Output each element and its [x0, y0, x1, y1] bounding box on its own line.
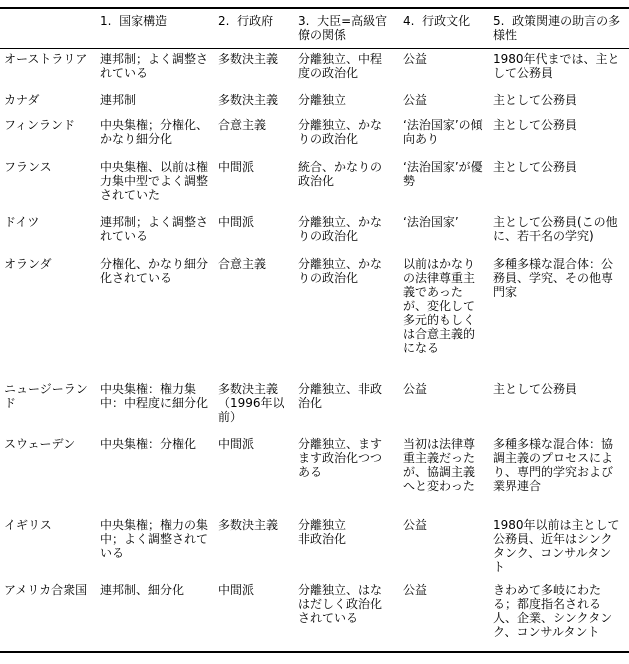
cell-country: カナダ	[0, 90, 96, 115]
cell-policy-advice-diversity: 多種多様な混合体：協調主義のプロセスにより、専門的学究および業界連合	[489, 434, 629, 515]
table-row: フィンランド 中央集権；分権化、かなり細分化 合意主義 分離独立、かなりの政治化…	[0, 115, 629, 157]
cell-state-structure: 中央集権：分権化	[96, 434, 214, 515]
cell-state-structure: 連邦制；よく調整されている	[96, 49, 214, 90]
cell-country: ニュージーランド	[0, 379, 96, 434]
cell-country: オーストラリア	[0, 49, 96, 90]
table-row: ドイツ 連邦制；よく調整されている 中間派 分離独立、かなりの政治化 ‘法治国家…	[0, 212, 629, 254]
header-row: 1. 国家構造 2. 行政府 3. 大臣=高級官僚の関係 4. 行政文化 5. …	[0, 8, 629, 49]
cell-administrative-culture: 以前はかなりの法律尊重主義であったが、変化して多元的もしくは合意主義的になる	[399, 254, 489, 379]
cell-executive: 多数決主義	[214, 90, 294, 115]
cell-policy-advice-diversity: 1980年以前は主として公務員、近年はシンクタンク、コンサルタント	[489, 515, 629, 580]
cell-policy-advice-diversity: 主として公務員	[489, 115, 629, 157]
cell-administrative-culture: 公益	[399, 515, 489, 580]
cell-executive: 合意主義	[214, 115, 294, 157]
cell-administrative-culture: 当初は法律尊重主義だったが、協調主義へと変わった	[399, 434, 489, 515]
cell-minister-mandarin-relations: 分離独立、はなはだしく政治化されている	[294, 580, 399, 652]
cell-minister-mandarin-relations: 分離独立、中程度の政治化	[294, 49, 399, 90]
table-row: オランダ 分権化、かなり細分化されている 合意主義 分離独立、かなりの政治化 以…	[0, 254, 629, 379]
cell-state-structure: 中央集権：権力集中：中程度に細分化	[96, 379, 214, 434]
table-row: オーストラリア 連邦制；よく調整されている 多数決主義 分離独立、中程度の政治化…	[0, 49, 629, 90]
cell-minister-mandarin-relations: 分離独立 非政治化	[294, 515, 399, 580]
cell-state-structure: 中央集権；権力の集中；よく調整されている	[96, 515, 214, 580]
cell-policy-advice-diversity: 主として公務員	[489, 157, 629, 212]
cell-policy-advice-diversity: 1980年代までは、主として公務員	[489, 49, 629, 90]
cell-executive: 中間派	[214, 580, 294, 652]
cell-policy-advice-diversity: 主として公務員(この他に、若干名の学究)	[489, 212, 629, 254]
cell-country: ドイツ	[0, 212, 96, 254]
cell-minister-mandarin-relations: 分離独立、かなりの政治化	[294, 254, 399, 379]
table-row: イギリス 中央集権；権力の集中；よく調整されている 多数決主義 分離独立 非政治…	[0, 515, 629, 580]
cell-administrative-culture: ‘法治国家’が優勢	[399, 157, 489, 212]
cell-state-structure: 中央集権、以前は権力集中型でよく調整されていた	[96, 157, 214, 212]
cell-executive: 多数決主義	[214, 515, 294, 580]
header-policy-advice-diversity: 5. 政策関連の助言の多様性	[489, 8, 629, 49]
cell-minister-mandarin-relations: 分離独立	[294, 90, 399, 115]
header-executive: 2. 行政府	[214, 8, 294, 49]
cell-state-structure: 中央集権；分権化、かなり細分化	[96, 115, 214, 157]
cell-minister-mandarin-relations: 分離独立、かなりの政治化	[294, 115, 399, 157]
cell-state-structure: 連邦制	[96, 90, 214, 115]
table-row: フランス 中央集権、以前は権力集中型でよく調整されていた 中間派 統合、かなりの…	[0, 157, 629, 212]
cell-executive: 中間派	[214, 157, 294, 212]
cell-administrative-culture: 公益	[399, 580, 489, 652]
cell-minister-mandarin-relations: 統合、かなりの政治化	[294, 157, 399, 212]
header-administrative-culture: 4. 行政文化	[399, 8, 489, 49]
cell-minister-mandarin-relations: 分離独立、かなりの政治化	[294, 212, 399, 254]
cell-policy-advice-diversity: きわめて多岐にわたる；都度指名される人、企業、シンクタンク、コンサルタント	[489, 580, 629, 652]
cell-state-structure: 連邦制、細分化	[96, 580, 214, 652]
cell-country: アメリカ合衆国	[0, 580, 96, 652]
table-row: スウェーデン 中央集権：分権化 中間派 分離独立、ますます政治化つつある 当初は…	[0, 434, 629, 515]
cell-executive: 中間派	[214, 212, 294, 254]
document-page: 1. 国家構造 2. 行政府 3. 大臣=高級官僚の関係 4. 行政文化 5. …	[0, 0, 629, 664]
cell-country: スウェーデン	[0, 434, 96, 515]
cell-administrative-culture: 公益	[399, 379, 489, 434]
cell-executive: 多数決主義	[214, 49, 294, 90]
cell-executive: 多数決主義（1996年以前）	[214, 379, 294, 434]
cell-country: イギリス	[0, 515, 96, 580]
cell-policy-advice-diversity: 主として公務員	[489, 90, 629, 115]
cell-state-structure: 分権化、かなり細分化されている	[96, 254, 214, 379]
cell-state-structure: 連邦制；よく調整されている	[96, 212, 214, 254]
cell-country: フランス	[0, 157, 96, 212]
table-row: ニュージーランド 中央集権：権力集中：中程度に細分化 多数決主義（1996年以前…	[0, 379, 629, 434]
cell-executive: 合意主義	[214, 254, 294, 379]
cell-country: フィンランド	[0, 115, 96, 157]
cell-executive: 中間派	[214, 434, 294, 515]
header-country	[0, 8, 96, 49]
table-row: カナダ 連邦制 多数決主義 分離独立 公益 主として公務員	[0, 90, 629, 115]
cell-administrative-culture: 公益	[399, 90, 489, 115]
cell-administrative-culture: 公益	[399, 49, 489, 90]
cell-country: オランダ	[0, 254, 96, 379]
header-minister-mandarin-relations: 3. 大臣=高級官僚の関係	[294, 8, 399, 49]
header-state-structure: 1. 国家構造	[96, 8, 214, 49]
cell-minister-mandarin-relations: 分離独立、非政治化	[294, 379, 399, 434]
country-comparison-table: 1. 国家構造 2. 行政府 3. 大臣=高級官僚の関係 4. 行政文化 5. …	[0, 7, 629, 653]
cell-administrative-culture: ‘法治国家’	[399, 212, 489, 254]
table-row: アメリカ合衆国 連邦制、細分化 中間派 分離独立、はなはだしく政治化されている …	[0, 580, 629, 652]
cell-policy-advice-diversity: 主として公務員	[489, 379, 629, 434]
cell-minister-mandarin-relations: 分離独立、ますます政治化つつある	[294, 434, 399, 515]
cell-administrative-culture: ‘法治国家’の傾向あり	[399, 115, 489, 157]
cell-policy-advice-diversity: 多種多様な混合体：公務員、学究、その他専門家	[489, 254, 629, 379]
